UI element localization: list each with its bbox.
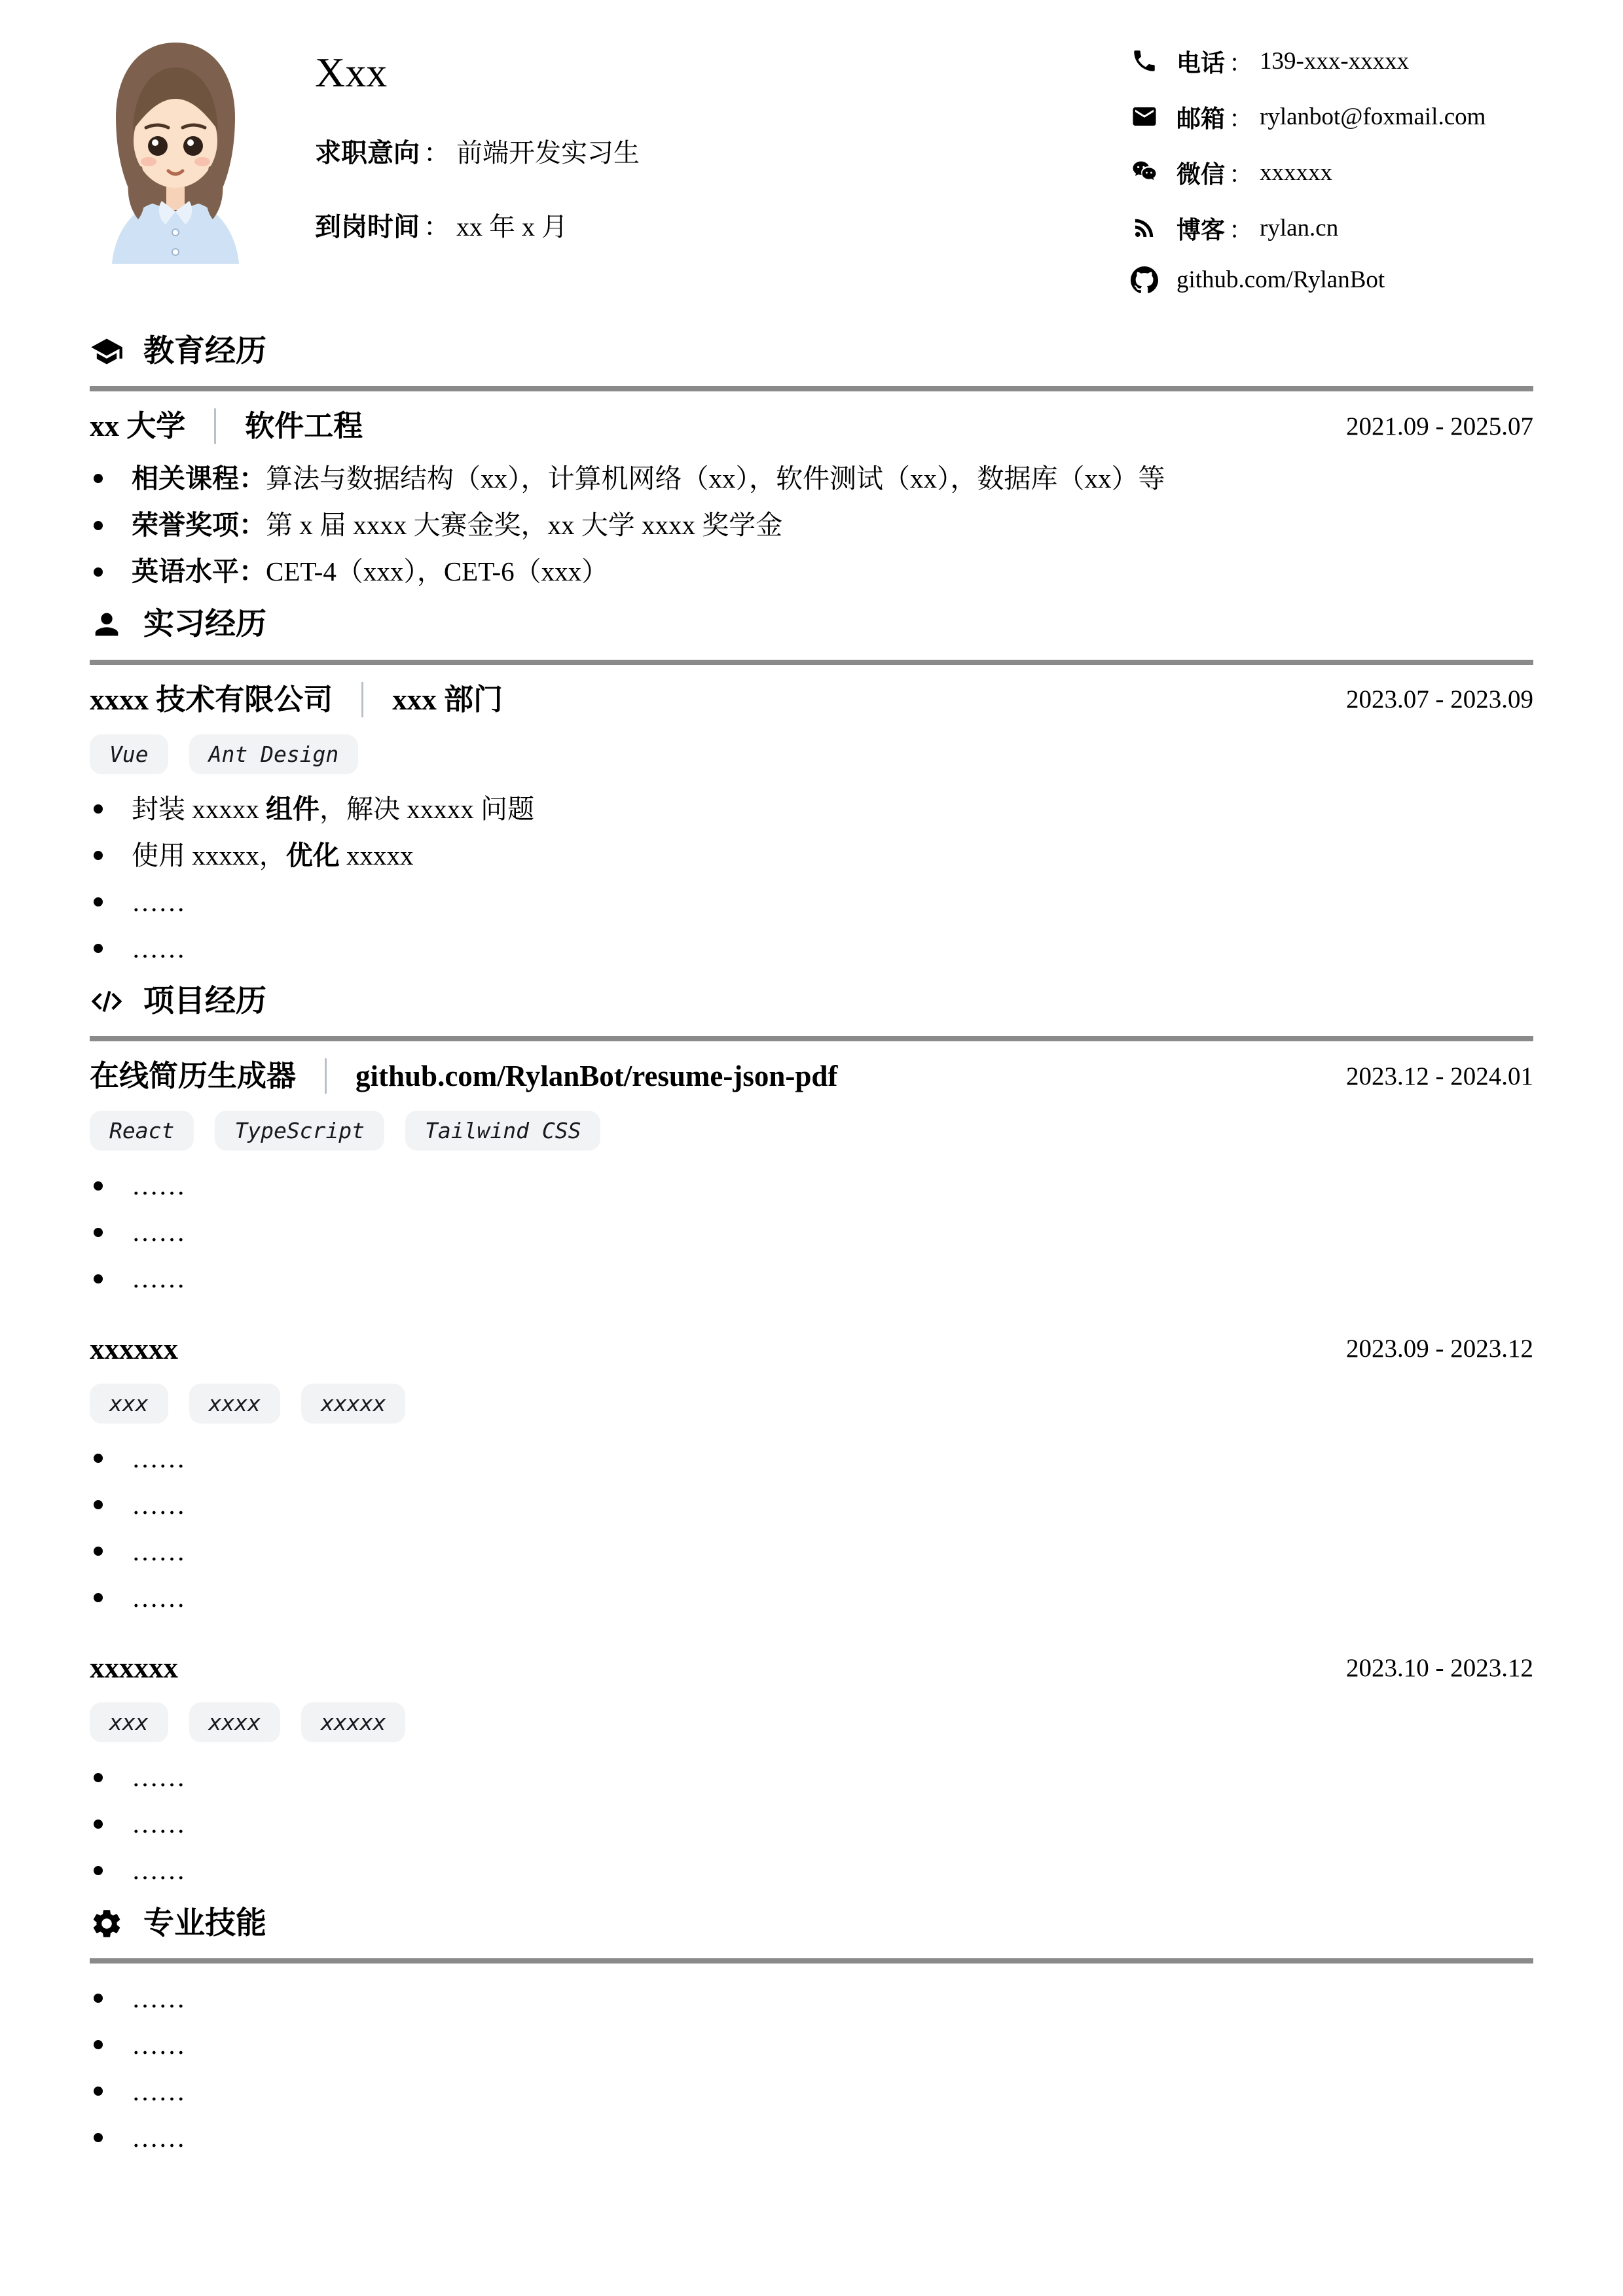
education-entry-title: xx 大学 软件工程: [90, 408, 363, 444]
list-item: ……: [90, 1983, 1533, 2014]
list-item: ……: [90, 2030, 1533, 2060]
contact-value: rylanbot@foxmail.com: [1260, 103, 1486, 131]
contact-value: xxxxxx: [1260, 158, 1332, 187]
list-item: 封装 xxxxx 组件，解决 xxxxx 问题: [90, 794, 1533, 825]
title-separator: [214, 408, 216, 444]
project-bullets: …… …… …… ……: [90, 1443, 1533, 1614]
education-date: 2021.09 - 2025.07: [1346, 412, 1533, 441]
bullet-text: ……: [132, 1983, 185, 2013]
major-name: 软件工程: [245, 408, 363, 444]
section-internship: 实习经历 xxxx 技术有限公司 xxx 部门 2023.07 - 2023.0…: [90, 607, 1533, 964]
bullet-text: 第 x 届 xxxx 大赛金奖，xx 大学 xxxx 奖学金: [266, 510, 782, 540]
project-link: github.com/RylanBot/resume-json-pdf: [356, 1058, 837, 1094]
job-intent-value: 前端开发实习生: [456, 132, 640, 170]
projects-heading: 项目经历: [90, 984, 1533, 1019]
tag: xxxx: [189, 1702, 280, 1742]
list-item: ……: [90, 933, 1533, 964]
section-education: 教育经历 xx 大学 软件工程 2021.09 - 2025.07 相关课程：算…: [90, 334, 1533, 587]
project-entry-2: xxxxxx 2023.09 - 2023.12 xxx xxxx xxxxx …: [90, 1331, 1533, 1614]
resume-header: Xxx 求职意向：前端开发实习生 到岗时间：xx 年 x 月 电话：139-xx…: [90, 33, 1533, 314]
person-icon: [90, 607, 124, 641]
avatar: [90, 33, 261, 264]
colon: ：: [424, 206, 450, 243]
project-tags: xxx xxxx xxxxx: [90, 1384, 1533, 1424]
bullet-text: ……: [132, 1217, 185, 1247]
bullet-text: ，解决 xxxxx 问题: [319, 794, 534, 824]
bullet-text: 算法与数据结构（xx），计算机网络（xx），软件测试（xx），数据库（xx）等: [266, 463, 1165, 493]
arrival-time-row: 到岗时间：xx 年 x 月: [315, 206, 640, 243]
graduation-cap-icon: [90, 334, 124, 368]
internship-heading: 实习经历: [90, 607, 1533, 642]
bullet-text: 封装 xxxxx: [132, 794, 266, 824]
bullet-label: 荣誉奖项：: [132, 510, 266, 540]
project-bullets: …… …… ……: [90, 1762, 1533, 1886]
contact-value: github.com/RylanBot: [1176, 266, 1385, 294]
skills-heading: 专业技能: [90, 1906, 1533, 1941]
contact-phone-row: 电话：139-xxx-xxxxx: [1131, 43, 1533, 79]
list-item: ……: [90, 1855, 1533, 1886]
list-item: ……: [90, 887, 1533, 918]
contact-label: 电话: [1176, 43, 1225, 79]
bullet-text: ……: [132, 887, 185, 917]
project-entry-1: 在线简历生成器 github.com/RylanBot/resume-json-…: [90, 1058, 1533, 1294]
section-divider: [90, 386, 1533, 391]
education-heading: 教育经历: [90, 334, 1533, 369]
contact-label: 博客: [1176, 210, 1225, 245]
school-name: xx 大学: [90, 408, 185, 444]
contact-github-row: github.com/RylanBot: [1131, 266, 1533, 294]
project-date: 2023.09 - 2023.12: [1346, 1334, 1533, 1363]
contact-email-row: 邮箱：rylanbot@foxmail.com: [1131, 99, 1533, 134]
list-item: ……: [90, 2123, 1533, 2153]
internship-bullets: 封装 xxxxx 组件，解决 xxxxx 问题 使用 xxxxx，优化 xxxx…: [90, 794, 1533, 965]
section-title: 专业技能: [143, 1906, 266, 1941]
bullet-text: ……: [132, 1490, 185, 1520]
company-name: xxxx 技术有限公司: [90, 682, 333, 717]
list-item: 相关课程：算法与数据结构（xx），计算机网络（xx），软件测试（xx），数据库（…: [90, 463, 1533, 494]
project-name: xxxxxx: [90, 1650, 178, 1685]
contact-label: 邮箱: [1176, 99, 1225, 134]
email-icon: [1131, 103, 1158, 130]
list-item: ……: [90, 1170, 1533, 1201]
bullet-text: ……: [132, 2123, 185, 2153]
tag: xxx: [90, 1702, 168, 1742]
contact-blog-row: 博客：rylan.cn: [1131, 210, 1533, 245]
section-title: 项目经历: [143, 984, 266, 1019]
list-item: ……: [90, 1583, 1533, 1613]
tag: Vue: [90, 734, 168, 774]
bullet-text: ……: [132, 933, 185, 963]
internship-date: 2023.07 - 2023.09: [1346, 685, 1533, 714]
tag: xxxxx: [301, 1384, 405, 1424]
tag: xxxxx: [301, 1702, 405, 1742]
list-item: ……: [90, 1490, 1533, 1520]
tag: React: [90, 1111, 194, 1151]
education-entry-head: xx 大学 软件工程 2021.09 - 2025.07: [90, 408, 1533, 444]
list-item: 使用 xxxxx，优化 xxxxx: [90, 840, 1533, 871]
colon: ：: [1229, 99, 1253, 134]
section-skills: 专业技能 …… …… …… ……: [90, 1906, 1533, 2154]
job-intent-row: 求职意向：前端开发实习生: [315, 132, 640, 170]
project-tags: xxx xxxx xxxxx: [90, 1702, 1533, 1742]
bullet-text: CET-4（xxx），CET-6（xxx）: [266, 556, 608, 586]
bullet-text: ……: [132, 1808, 185, 1839]
project-name: xxxxxx: [90, 1331, 178, 1367]
list-item: ……: [90, 2076, 1533, 2107]
bullet-bold-text: 优化: [286, 840, 340, 870]
tag: xxx: [90, 1384, 168, 1424]
tag: Tailwind CSS: [405, 1111, 600, 1151]
section-projects: 项目经历 在线简历生成器 github.com/RylanBot/resume-…: [90, 984, 1533, 1886]
list-item: ……: [90, 1443, 1533, 1474]
colon: ：: [424, 132, 450, 170]
contact-value: rylan.cn: [1260, 214, 1338, 242]
project-date: 2023.10 - 2023.12: [1346, 1653, 1533, 1683]
list-item: ……: [90, 1762, 1533, 1793]
internship-entry-head: xxxx 技术有限公司 xxx 部门 2023.07 - 2023.09: [90, 682, 1533, 717]
project-entry-head: 在线简历生成器 github.com/RylanBot/resume-json-…: [90, 1058, 1533, 1094]
project-entry-title: xxxxxx: [90, 1650, 178, 1685]
bullet-text: ……: [132, 1536, 185, 1566]
internship-entry-title: xxxx 技术有限公司 xxx 部门: [90, 682, 503, 717]
list-item: 荣誉奖项：第 x 届 xxxx 大赛金奖，xx 大学 xxxx 奖学金: [90, 510, 1533, 541]
education-bullets: 相关课程：算法与数据结构（xx），计算机网络（xx），软件测试（xx），数据库（…: [90, 463, 1533, 587]
project-entry-3: xxxxxx 2023.10 - 2023.12 xxx xxxx xxxxx …: [90, 1650, 1533, 1886]
title-separator: [325, 1058, 327, 1094]
department-name: xxx 部门: [392, 682, 503, 717]
bullet-text: ……: [132, 2030, 185, 2060]
arrival-time-value: xx 年 x 月: [456, 206, 568, 243]
internship-entry: xxxx 技术有限公司 xxx 部门 2023.07 - 2023.09 Vue…: [90, 682, 1533, 965]
rss-icon: [1131, 214, 1158, 242]
project-entry-head: xxxxxx 2023.10 - 2023.12: [90, 1650, 1533, 1685]
bullet-text: ……: [132, 1443, 185, 1473]
bullet-text: ……: [132, 1762, 185, 1792]
bullet-label: 英语水平：: [132, 556, 266, 586]
project-date: 2023.12 - 2024.01: [1346, 1062, 1533, 1091]
job-intent-label: 求职意向: [315, 132, 420, 170]
project-tags: React TypeScript Tailwind CSS: [90, 1111, 1533, 1151]
section-title: 教育经历: [143, 334, 266, 369]
phone-icon: [1131, 47, 1158, 75]
identity-block: Xxx 求职意向：前端开发实习生 到岗时间：xx 年 x 月: [315, 33, 640, 243]
bullet-text: ……: [132, 1855, 185, 1885]
section-divider: [90, 1036, 1533, 1041]
contact-list: 电话：139-xxx-xxxxx 邮箱：rylanbot@foxmail.com…: [1131, 33, 1533, 314]
bullet-text: xxxxx: [340, 840, 414, 870]
list-item: ……: [90, 1536, 1533, 1567]
contact-label: 微信: [1176, 154, 1225, 190]
wechat-icon: [1131, 158, 1158, 186]
github-icon: [1131, 266, 1158, 294]
bullet-text: ……: [132, 2076, 185, 2106]
project-bullets: …… …… ……: [90, 1170, 1533, 1294]
avatar-illustration: [90, 33, 261, 264]
title-separator: [361, 682, 363, 717]
arrival-time-label: 到岗时间: [315, 206, 420, 243]
section-title: 实习经历: [143, 607, 266, 642]
skills-bullets: …… …… …… ……: [90, 1983, 1533, 2154]
bullet-text: ……: [132, 1583, 185, 1613]
colon: ：: [1229, 154, 1253, 190]
list-item: ……: [90, 1808, 1533, 1839]
resume-page: { "page": { "background": "#ffffff", "te…: [0, 0, 1623, 2296]
section-divider: [90, 660, 1533, 665]
tag: xxxx: [189, 1384, 280, 1424]
tag: TypeScript: [215, 1111, 384, 1151]
code-icon: [90, 984, 124, 1018]
internship-tags: Vue Ant Design: [90, 734, 1533, 774]
contact-wechat-row: 微信：xxxxxx: [1131, 154, 1533, 190]
bullet-bold-text: 组件: [266, 794, 319, 824]
project-name: 在线简历生成器: [90, 1058, 296, 1094]
contact-value: 139-xxx-xxxxx: [1260, 47, 1409, 75]
project-entry-title: xxxxxx: [90, 1331, 178, 1367]
colon: ：: [1229, 43, 1253, 79]
bullet-text: 使用 xxxxx，: [132, 840, 286, 870]
project-entry-head: xxxxxx 2023.09 - 2023.12: [90, 1331, 1533, 1367]
list-item: ……: [90, 1263, 1533, 1294]
bullet-label: 相关课程：: [132, 463, 266, 493]
project-entry-title: 在线简历生成器 github.com/RylanBot/resume-json-…: [90, 1058, 837, 1094]
bullet-text: ……: [132, 1170, 185, 1200]
list-item: 英语水平：CET-4（xxx），CET-6（xxx）: [90, 556, 1533, 587]
tag: Ant Design: [189, 734, 359, 774]
list-item: ……: [90, 1217, 1533, 1247]
candidate-name: Xxx: [315, 50, 640, 96]
colon: ：: [1229, 210, 1253, 245]
bullet-text: ……: [132, 1263, 185, 1293]
education-entry: xx 大学 软件工程 2021.09 - 2025.07 相关课程：算法与数据结…: [90, 408, 1533, 587]
section-divider: [90, 1958, 1533, 1964]
gear-icon: [90, 1907, 124, 1941]
